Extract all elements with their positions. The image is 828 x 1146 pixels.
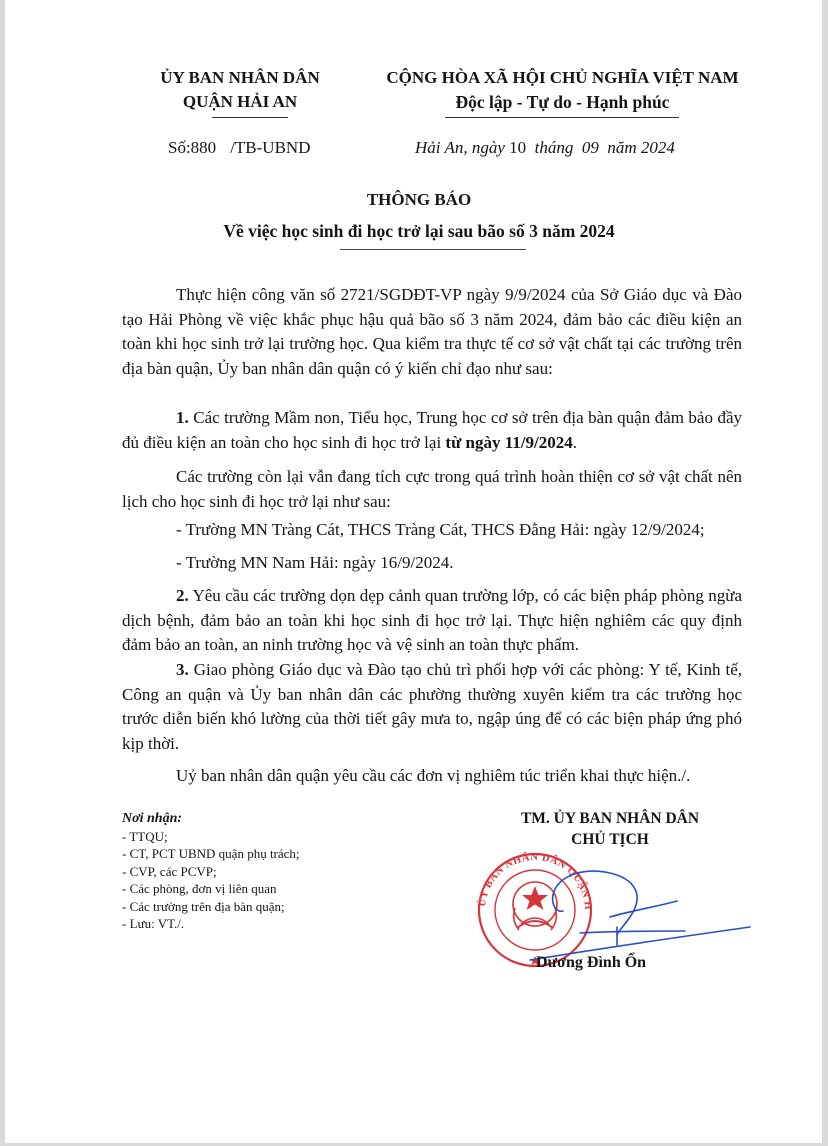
on-behalf-label: TM. ỦY BAN NHÂN DÂN — [475, 808, 745, 829]
item3-number: 3. — [176, 660, 189, 679]
recipient-item: - CT, PCT UBND quận phụ trách; — [122, 845, 300, 863]
item2-text-wrap: 2. Yêu cầu các trường dọn dẹp cảnh quan … — [122, 584, 742, 658]
item3-paragraph: 3. Giao phòng Giáo dục và Đào tạo chủ tr… — [122, 658, 742, 756]
item1-paragraph: 1. Các trường Mầm non, Tiểu học, Trung h… — [122, 406, 742, 455]
document-page: ỦY BAN NHÂN DÂN QUẬN HẢI AN CỘNG HÒA XÃ … — [5, 0, 822, 1143]
issuer-line2: QUẬN HẢI AN — [145, 90, 335, 114]
item3-text-wrap: 3. Giao phòng Giáo dục và Đào tạo chủ tr… — [122, 658, 742, 756]
nation-block: CỘNG HÒA XÃ HỘI CHỦ NGHĨA VIỆT NAM Độc l… — [375, 66, 750, 114]
recipient-item: - TTQU; — [122, 828, 300, 846]
date-year: 2024 — [641, 138, 675, 157]
issuer-underline — [212, 117, 288, 118]
item1-date-bold: từ ngày 11/9/2024 — [445, 433, 572, 452]
issuer-block: ỦY BAN NHÂN DÂN QUẬN HẢI AN — [145, 66, 335, 114]
recipient-item: - Lưu: VT./. — [122, 915, 300, 933]
signer-position: CHỦ TỊCH — [475, 829, 745, 850]
item1-followup-text: Các trường còn lại vẫn đang tích cực tro… — [122, 465, 742, 514]
national-motto: Độc lập - Tự do - Hạnh phúc — [375, 90, 750, 114]
title-underline — [340, 249, 526, 250]
date-day: 10 — [509, 138, 526, 157]
intro-text: Thực hiện công văn số 2721/SGDĐT-VP ngày… — [122, 283, 742, 381]
document-number: Số:880/TB-UBND — [168, 138, 310, 158]
handwritten-signature-icon — [505, 855, 755, 965]
schedule-item: - Trường MN Tràng Cát, THCS Tràng Cát, T… — [176, 520, 705, 540]
item1-number: 1. — [176, 408, 189, 427]
doc-number-prefix: Số:880 — [168, 138, 216, 157]
document-date: Hải An, ngày 10 tháng 09 năm 2024 — [415, 138, 675, 158]
document-title: THÔNG BÁO — [5, 190, 828, 210]
date-month-label: tháng — [535, 138, 574, 157]
recipient-item: - CVP, các PCVP; — [122, 863, 300, 881]
item1-end: . — [573, 433, 577, 452]
item2-number: 2. — [176, 586, 189, 605]
item1-followup-paragraph: Các trường còn lại vẫn đang tích cực tro… — [122, 465, 742, 514]
recipient-item: - Các trường trên địa bàn quận; — [122, 898, 300, 916]
schedule-item: - Trường MN Nam Hải: ngày 16/9/2024. — [176, 553, 453, 573]
item1-text: Các trường Mầm non, Tiểu học, Trung học … — [122, 408, 742, 452]
intro-paragraph: Thực hiện công văn số 2721/SGDĐT-VP ngày… — [122, 283, 742, 381]
closing-text: Uỷ ban nhân dân quận yêu cầu các đơn vị … — [122, 764, 742, 789]
recipients-list: Nơi nhận: - TTQU; - CT, PCT UBND quận ph… — [122, 810, 300, 933]
date-place: Hải An, ngày — [415, 138, 505, 157]
item2-paragraph: 2. Yêu cầu các trường dọn dẹp cảnh quan … — [122, 584, 742, 658]
item3-text: Giao phòng Giáo dục và Đào tạo chủ trì p… — [122, 660, 742, 753]
motto-underline — [445, 117, 679, 118]
signer-name: Dương Đình Ổn — [536, 954, 646, 972]
item1-text-wrap: 1. Các trường Mầm non, Tiểu học, Trung h… — [122, 406, 742, 455]
nation-name: CỘNG HÒA XÃ HỘI CHỦ NGHĨA VIỆT NAM — [375, 66, 750, 90]
issuer-line1: ỦY BAN NHÂN DÂN — [145, 66, 335, 90]
date-month: 09 — [582, 138, 599, 157]
document-subtitle: Về việc học sinh đi học trở lại sau bão … — [5, 221, 828, 242]
item2-text: Yêu cầu các trường dọn dẹp cảnh quan trư… — [122, 586, 742, 654]
signature-title: TM. ỦY BAN NHÂN DÂN CHỦ TỊCH — [475, 808, 745, 850]
closing-paragraph: Uỷ ban nhân dân quận yêu cầu các đơn vị … — [122, 764, 742, 789]
date-year-label: năm — [607, 138, 636, 157]
recipients-heading: Nơi nhận: — [122, 810, 300, 828]
doc-number-suffix: /TB-UBND — [230, 138, 310, 157]
recipient-item: - Các phòng, đơn vị liên quan — [122, 880, 300, 898]
